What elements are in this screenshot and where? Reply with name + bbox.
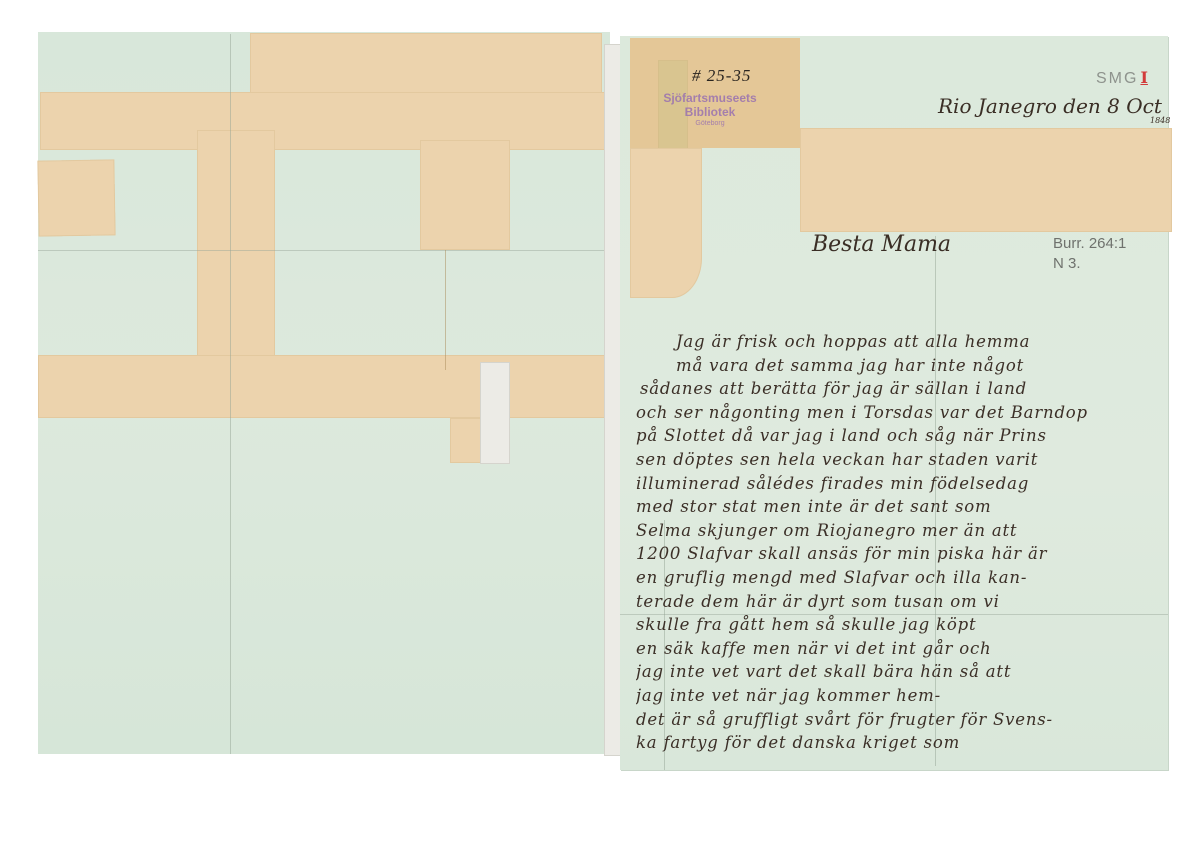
letter-line: ka fartyg för det danska kriget som — [636, 731, 1166, 755]
stamp-line-1: Sjöfartsmuseets — [640, 92, 780, 106]
library-stamp: Sjöfartsmuseets Bibliotek Göteborg — [640, 92, 780, 128]
letter-line: må vara det samma jag har inte något — [636, 354, 1166, 378]
catalog-mark-roman: I — [1140, 68, 1147, 87]
letter-line: och ser någonting men i Torsdas var det … — [636, 401, 1166, 425]
letter-line: skulle fra gått hem så skulle jag köpt — [636, 613, 1166, 637]
tape-top-left-block — [250, 33, 602, 95]
tape-right-patch — [420, 140, 510, 250]
tape-horizontal-lower — [38, 355, 610, 418]
letter-line: Jag är frisk och hoppas att alla hemma — [636, 330, 1166, 354]
letter-year: 1848 — [1150, 116, 1170, 125]
place-date: Rio Janegro den 8 Oct — [938, 94, 1162, 118]
letter-line: illuminerad sålédes firades min födelsed… — [636, 472, 1166, 496]
pencil-archive-note: Burr. 264:1 N 3. — [1053, 234, 1126, 275]
catalog-mark-letters: SMG — [1096, 70, 1138, 87]
tape-white-lower — [480, 362, 510, 464]
letter-line: en gruflig mengd med Slafvar och illa ka… — [636, 566, 1166, 590]
letter-line: sen döptes sen hela veckan har staden va… — [636, 448, 1166, 472]
letter-line: det är så gruffligt svårt för frugter fö… — [636, 708, 1166, 732]
stamp-line-2: Bibliotek — [640, 106, 780, 120]
salutation: Besta Mama — [812, 232, 951, 257]
catalog-mark: SMGI — [1096, 68, 1148, 88]
tape-vertical-center — [197, 130, 275, 360]
tape-left-torn-corner — [630, 148, 702, 298]
letter-line: sådanes att berätta för jag är sällan i … — [636, 377, 1166, 401]
letter-line: 1200 Slafvar skall ansäs för min piska h… — [636, 542, 1166, 566]
tape-right-horizontal — [800, 128, 1172, 232]
archive-number: # 25-35 — [692, 66, 751, 86]
letter-line: en säk kaffe men när vi det int går och — [636, 637, 1166, 661]
letter-line: Selma skjunger om Riojanegro mer än att — [636, 519, 1166, 543]
letter-line: terade dem här är dyrt som tusan om vi — [636, 590, 1166, 614]
letter-line: jag inte vet vart det skall bära hän så … — [636, 660, 1166, 684]
letter-line: jag inte vet när jag kommer hem- — [636, 684, 1166, 708]
letter-body: Jag är frisk och hoppas att alla hemma m… — [636, 330, 1166, 755]
fold-line — [230, 34, 231, 754]
fold-line — [445, 250, 446, 370]
letter-line: på Slottet då var jag i land och såg när… — [636, 424, 1166, 448]
pencil-note-line-1: Burr. 264:1 — [1053, 234, 1126, 254]
tape-patch-left — [37, 159, 115, 236]
stamp-line-3: Göteborg — [640, 120, 780, 128]
fold-line — [38, 250, 610, 251]
pencil-note-line-2: N 3. — [1053, 254, 1126, 274]
letter-line: med stor stat men inte är det sant som — [636, 495, 1166, 519]
tape-horizontal-upper — [40, 92, 610, 150]
